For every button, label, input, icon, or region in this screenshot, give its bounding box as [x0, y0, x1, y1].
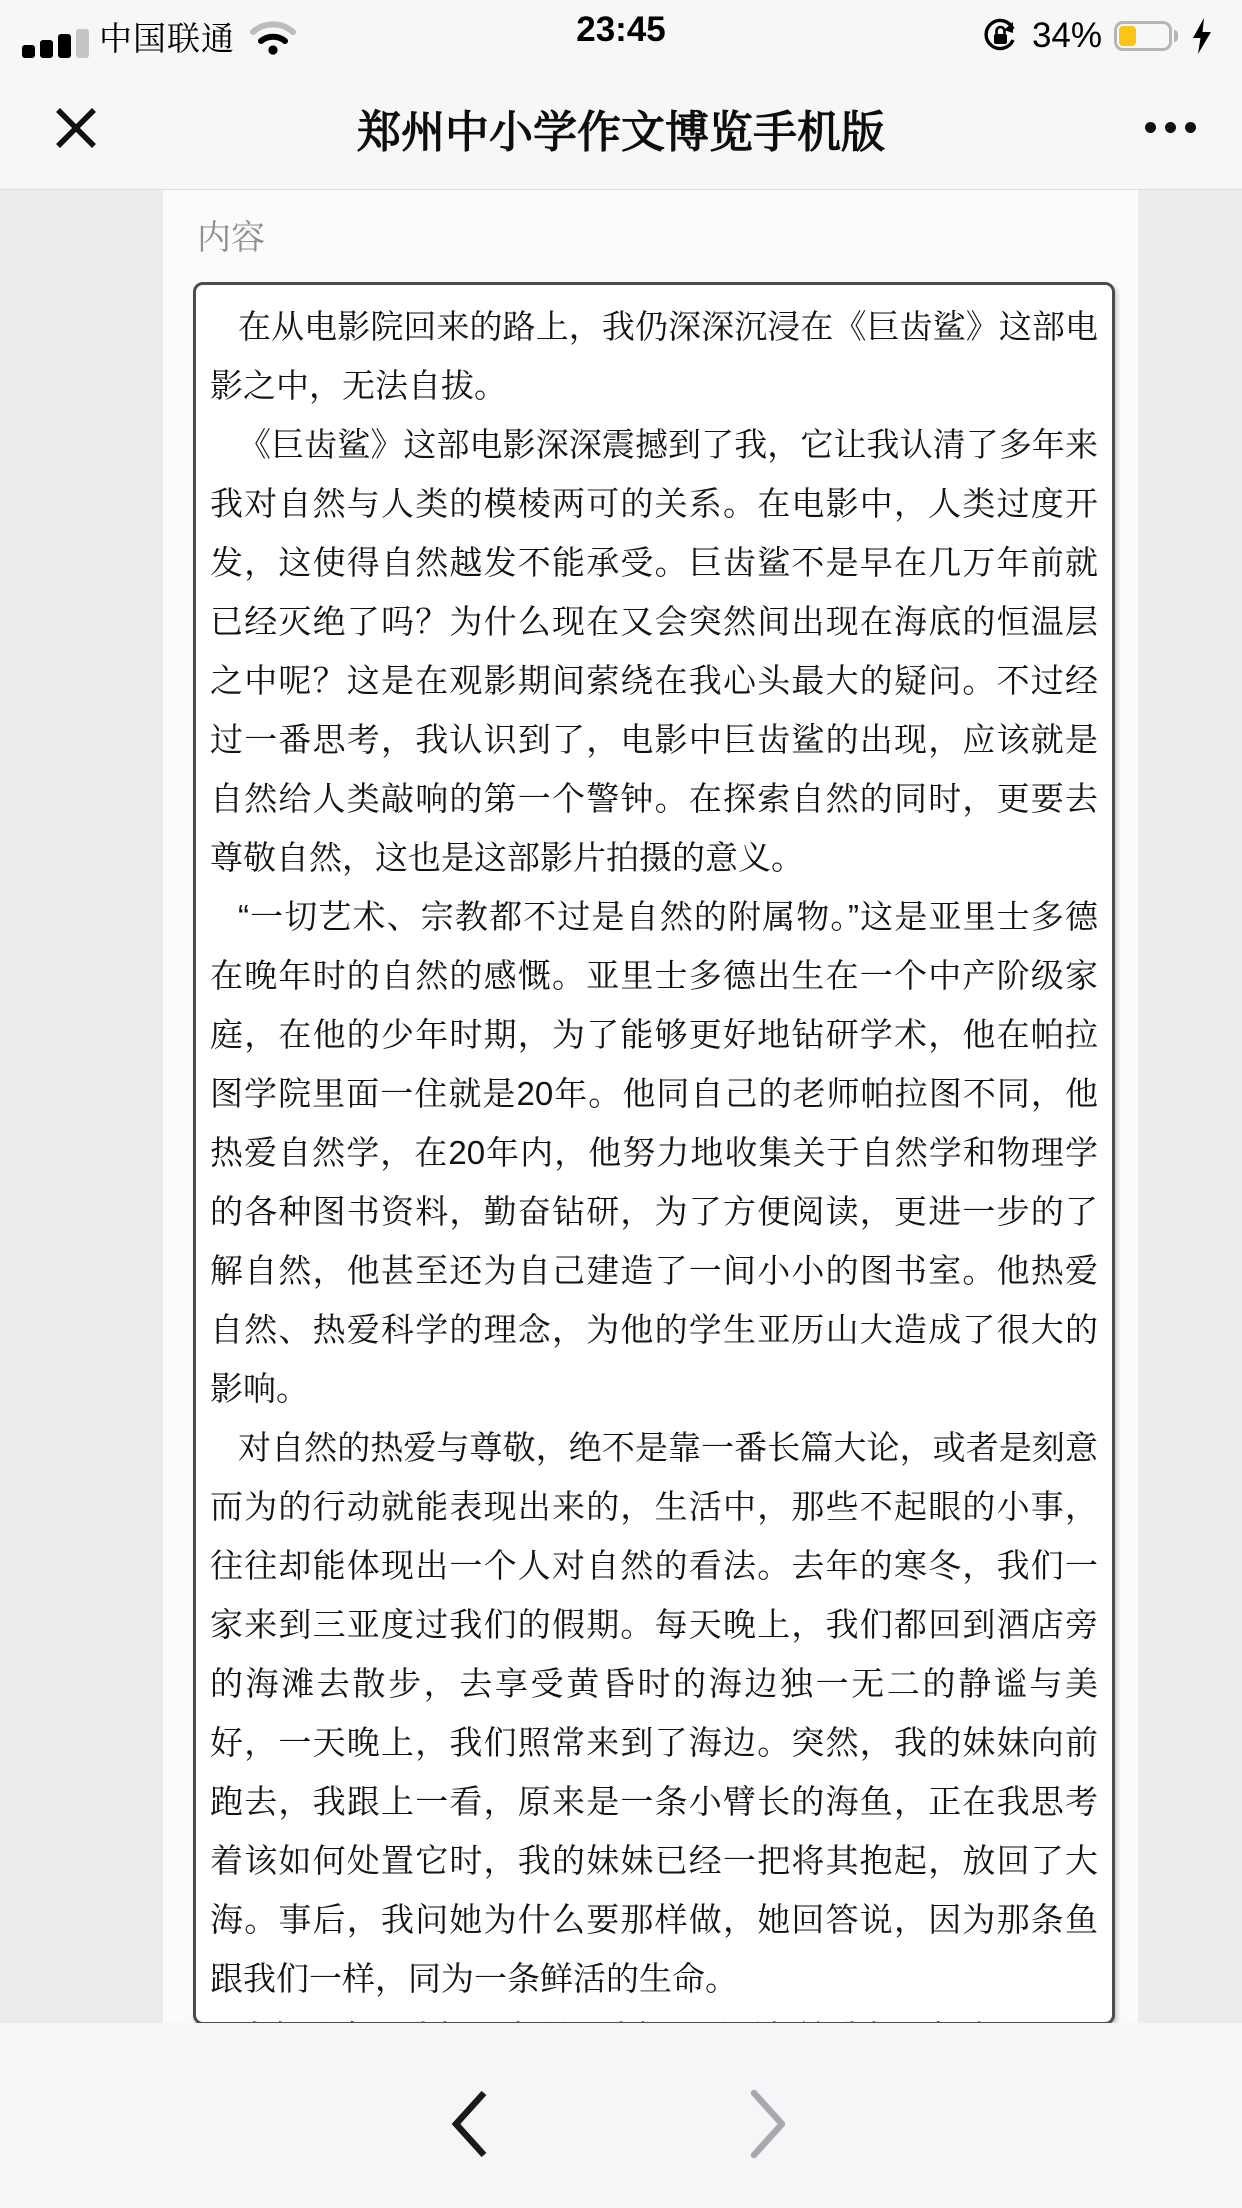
- essay-text-box[interactable]: 在从电影院回来的路上，我仍深深沉浸在《巨齿鲨》这部电影之中，无法自拔。《巨齿鲨》…: [193, 282, 1115, 2025]
- form-panel: 内容 在从电影院回来的路上，我仍深深沉浸在《巨齿鲨》这部电影之中，无法自拔。《巨…: [163, 190, 1138, 2023]
- webview-screen: { "status_bar": { "carrier": "中国联通", "ti…: [0, 0, 1242, 2208]
- nav-bar: 郑州中小学作文博览手机版: [0, 66, 1242, 190]
- content-field-label: 内容: [163, 204, 1138, 256]
- status-bar: 中国联通 23:45 34%: [0, 0, 1242, 66]
- clock: 23:45: [0, 10, 1242, 50]
- previous-page-chevron-icon[interactable]: [430, 2079, 510, 2169]
- pager-footer: [0, 2023, 1242, 2208]
- essay-paragraph: “一切艺术、宗教都不过是自然的附属物。”这是亚里士多德在晚年时的自然的感慨。亚里…: [210, 887, 1098, 1418]
- essay-paragraph: 对自然的热爱与尊敬，绝不是靠一番长篇大论，或者是刻意而为的行动就能表现出来的，生…: [210, 1418, 1098, 2008]
- page-title: 郑州中小学作文博览手机版: [120, 96, 1122, 160]
- content-area: 内容 在从电影院回来的路上，我仍深深沉浸在《巨齿鲨》这部电影之中，无法自拔。《巨…: [0, 190, 1242, 2023]
- more-menu-icon[interactable]: [1141, 108, 1200, 147]
- essay-paragraph: 在从电影院回来的路上，我仍深深沉浸在《巨齿鲨》这部电影之中，无法自拔。: [210, 297, 1098, 415]
- next-page-chevron-icon[interactable]: [728, 2079, 808, 2169]
- close-icon[interactable]: [48, 100, 104, 156]
- essay-paragraph: 《巨齿鲨》这部电影深深震撼到了我，它让我认清了多年来我对自然与人类的模棱两可的关…: [210, 415, 1098, 887]
